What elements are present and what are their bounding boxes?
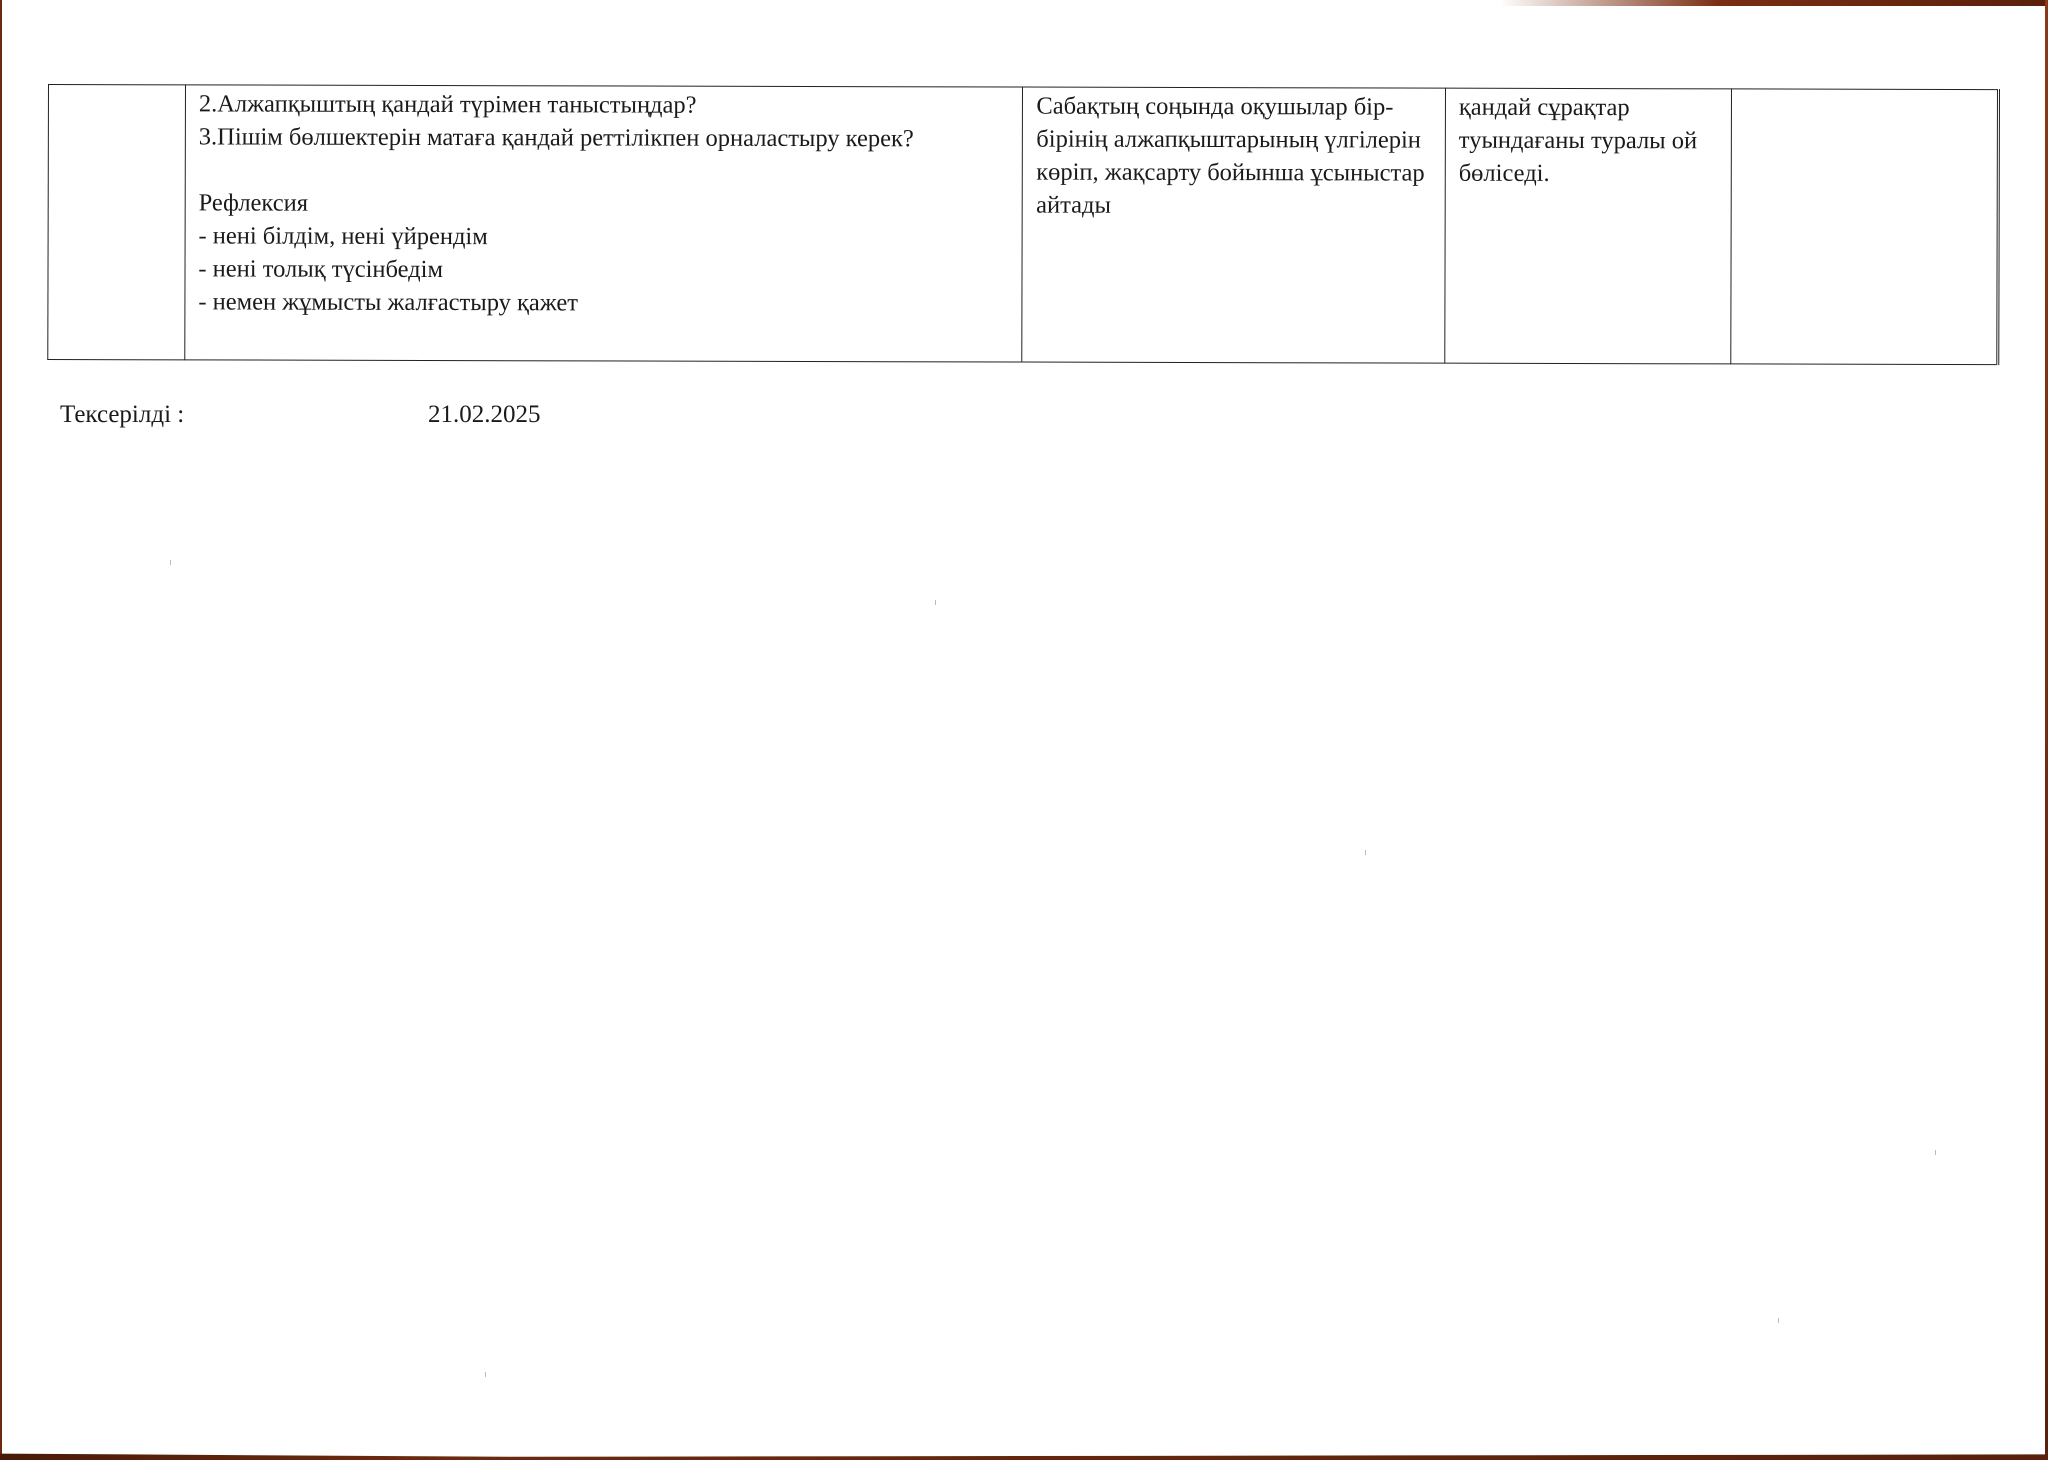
scan-speck bbox=[1778, 1318, 1779, 1323]
scan-speck bbox=[1365, 850, 1366, 855]
table-row: 2.Алжапқыштың қандай түрімен таныстыңдар… bbox=[48, 85, 1999, 365]
question-3: 3.Пішім бөлшектерін матаға қандай реттіл… bbox=[199, 120, 1010, 155]
verification-date: 21.02.2025 bbox=[428, 400, 541, 430]
assessment-cell: қандай сұрақтар туындағаны туралы ой бөл… bbox=[1445, 88, 1731, 364]
reflection-title: Рефлексия bbox=[199, 186, 1010, 221]
student-activity-cell: Сабақтың соңында оқушылар бір-бірінің ал… bbox=[1022, 87, 1445, 363]
checked-label: Тексерілді : bbox=[60, 400, 184, 430]
scan-speck bbox=[485, 1372, 486, 1377]
resources-cell bbox=[1730, 89, 1998, 365]
scan-speck bbox=[170, 560, 171, 565]
scan-background-edge-top bbox=[1500, 0, 2048, 6]
reflection-item: - нені білдім, нені үйрендім bbox=[198, 219, 1009, 254]
reflection-item: - нені толық түсінбедім bbox=[198, 252, 1009, 287]
teacher-activity-cell: 2.Алжапқыштың қандай түрімен таныстыңдар… bbox=[185, 85, 1023, 362]
reflection-item: - немен жұмысты жалғастыру қажет bbox=[198, 285, 1009, 320]
stage-cell bbox=[48, 85, 186, 360]
lesson-plan-table: 2.Алжапқыштың қандай түрімен таныстыңдар… bbox=[47, 84, 2000, 365]
scan-speck bbox=[935, 600, 936, 605]
scan-background-edge-bottom bbox=[0, 1452, 2048, 1460]
spacer bbox=[199, 153, 1010, 188]
scan-background-edge-left bbox=[0, 0, 2, 1460]
scan-speck bbox=[1935, 1150, 1936, 1155]
question-2: 2.Алжапқыштың қандай түрімен таныстыңдар… bbox=[199, 87, 1010, 122]
